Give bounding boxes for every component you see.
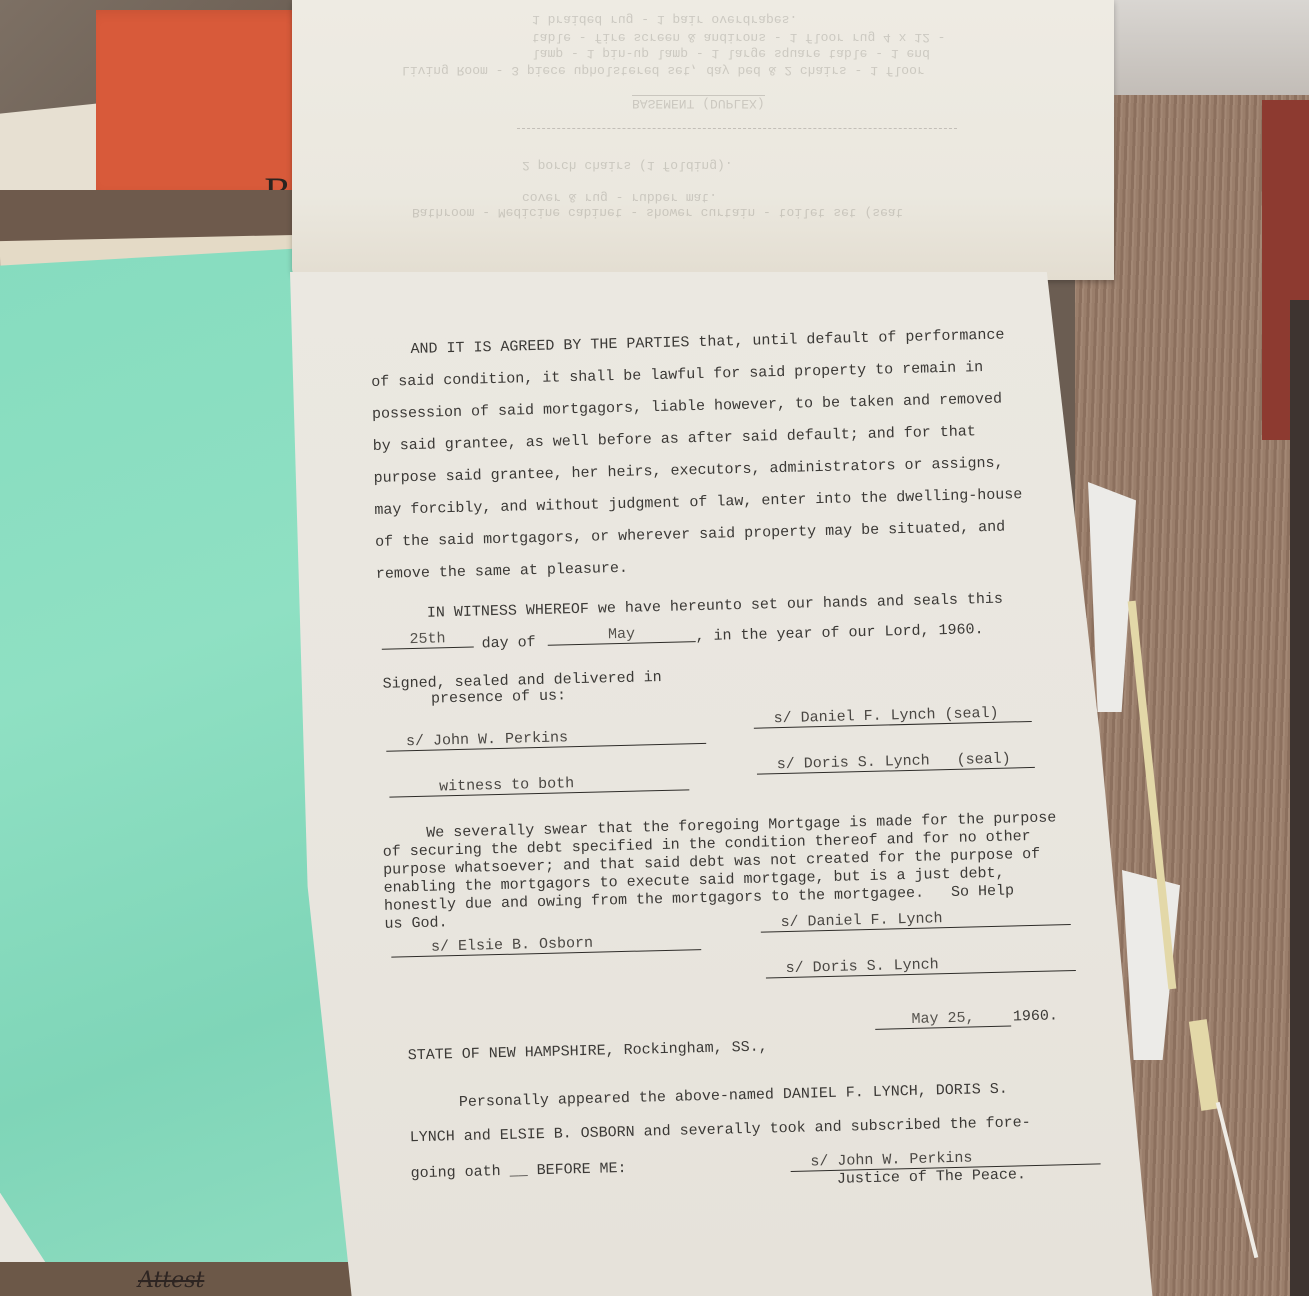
bleed-line: lamp - 1 pin-up lamp - 1 large square ta… [532,46,930,61]
bleed-line: cover & rug - rubber mat. [522,190,717,205]
day-of-label: day of [481,634,535,652]
bleed-line: Bathroom - Medicine cabinet - shower cur… [412,205,903,220]
day-field: 25th [381,630,473,650]
bleed-heading: BASEMENT (DUPLEX) [632,95,765,111]
month-field: May [547,624,695,646]
presence-label: presence of us: [431,687,566,707]
ledger-dark-edge [1290,300,1309,1296]
bleed-line: Living Room - 3 piece upholstered set, d… [402,63,925,78]
red-book-cover: Bo Hampto [96,10,311,198]
bleed-line: table - fire screen & andirons - 1 floor… [532,30,945,45]
handwritten-attest: Attest [138,1268,204,1293]
bleed-divider [517,128,957,129]
venue-year: 1960. [1013,1007,1058,1025]
bleed-line: 2 porch chairs (1 folding). [522,158,733,173]
oath-line: us God. [384,914,447,933]
background-wall [1080,0,1309,110]
bleed-line: 1 braided rug - 1 pair overdrapes. [532,12,797,27]
venue-date-field: May 25, [875,1009,1011,1030]
folded-upper-page: 1 braided rug - 1 pair overdrapes. table… [292,0,1114,280]
